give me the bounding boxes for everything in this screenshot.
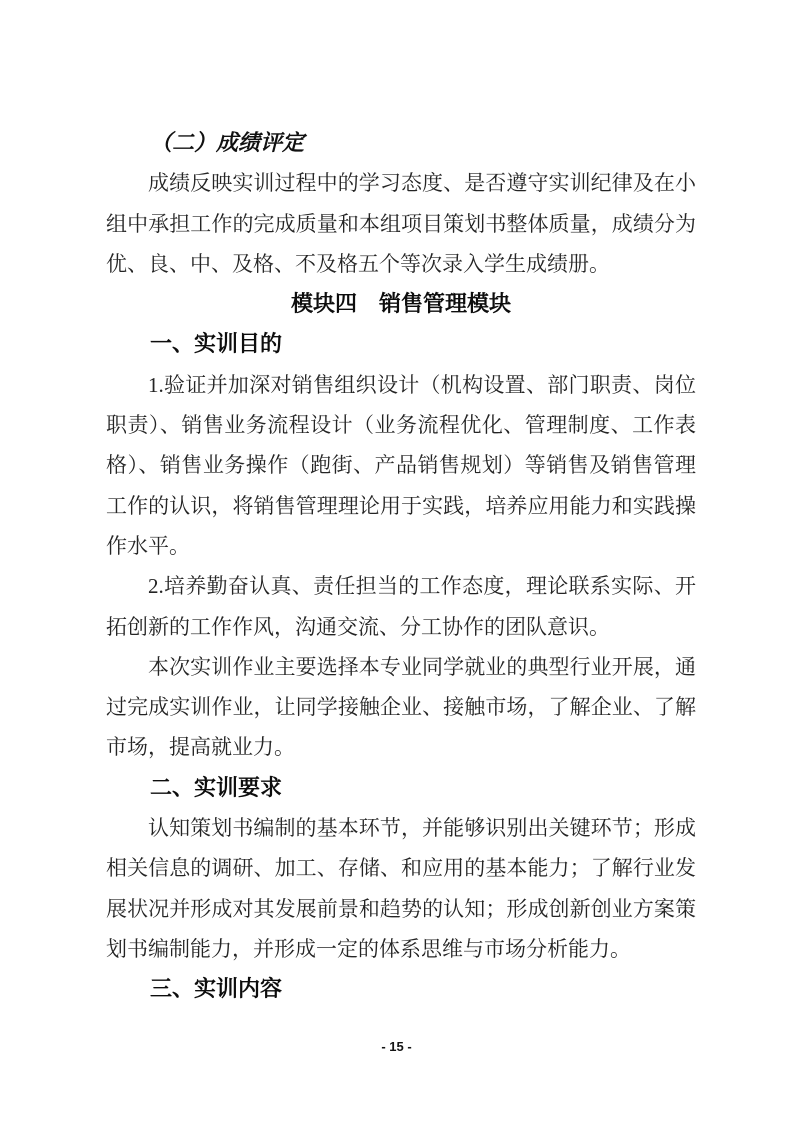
paragraph-objective-1: 1.验证并加深对销售组织设计（机构设置、部门职责、岗位职责）、销售业务流程设计（… [106, 365, 696, 566]
heading-training-content: 三、实训内容 [106, 969, 696, 1009]
heading-score-evaluation: （二）成绩评定 [106, 123, 696, 163]
page-number: - 15 - [0, 1040, 793, 1053]
paragraph-score-description: 成绩反映实训过程中的学习态度、是否遵守实训纪律及在小组中承担工作的完成质量和本组… [106, 163, 696, 284]
heading-training-requirements: 二、实训要求 [106, 768, 696, 808]
paragraph-objective-2: 2.培养勤奋认真、责任担当的工作态度，理论联系实际、开拓创新的工作作风，沟通交流… [106, 566, 696, 647]
paragraph-objective-3: 本次实训作业主要选择本专业同学就业的典型行业开展，通过完成实训作业，让同学接触企… [106, 647, 696, 768]
module-title: 模块四 销售管理模块 [106, 284, 696, 324]
document-page: （二）成绩评定 成绩反映实训过程中的学习态度、是否遵守实训纪律及在小组中承担工作… [0, 0, 793, 1122]
paragraph-requirements: 认知策划书编制的基本环节，并能够识别出关键环节；形成相关信息的调研、加工、存储、… [106, 808, 696, 969]
heading-training-objectives: 一、实训目的 [106, 324, 696, 364]
